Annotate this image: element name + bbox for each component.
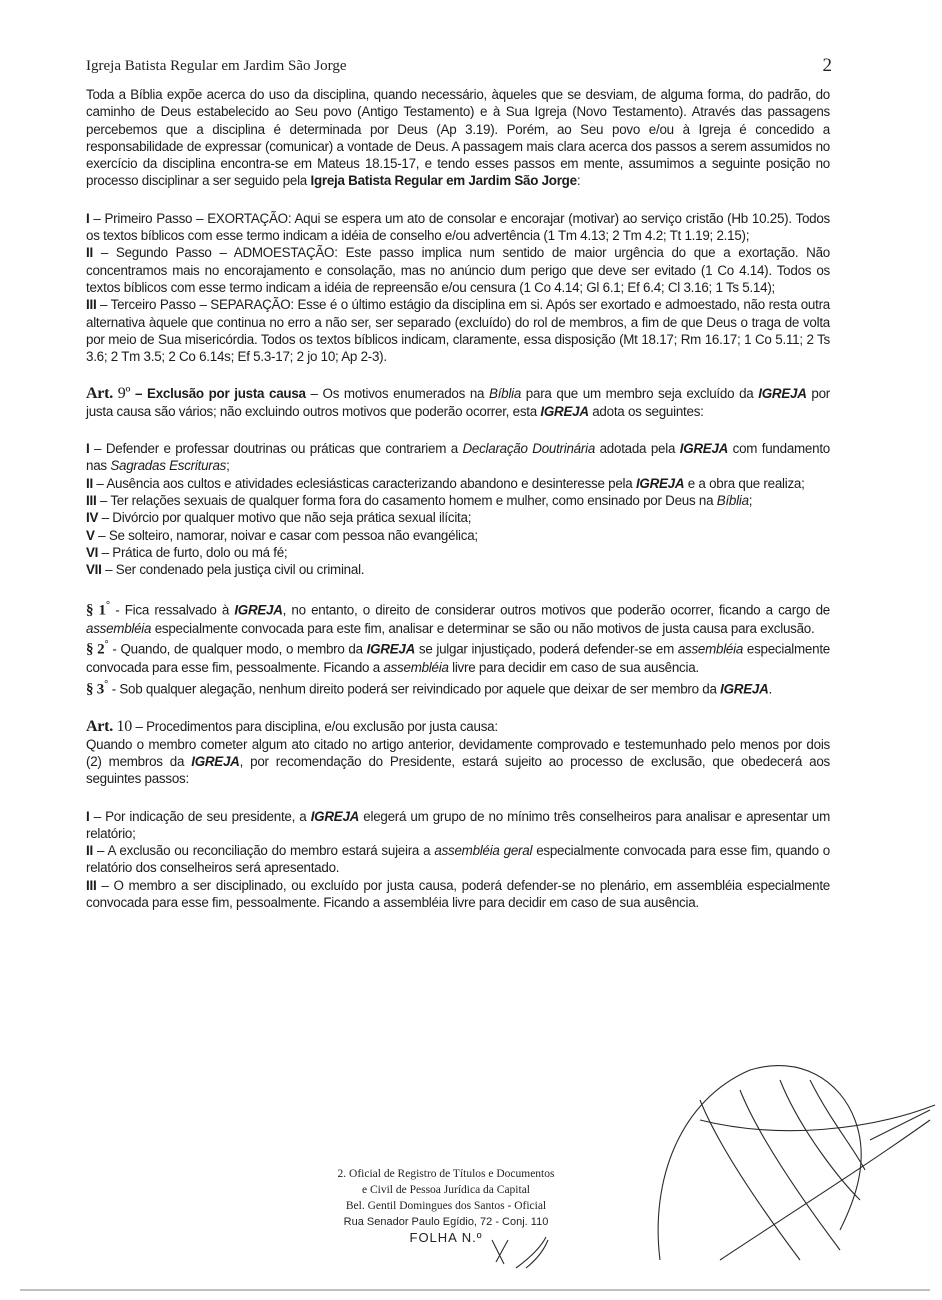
- page-number: 2: [823, 55, 833, 77]
- document-page: Igreja Batista Regular em Jardim São Jor…: [0, 0, 942, 1300]
- paragraph-1: § 1° - Fica ressalvado à IGREJA, no enta…: [86, 598, 830, 637]
- article-9-title: Exclusão por justa causa: [147, 386, 306, 401]
- discipline-steps: I – Primeiro Passo – EXORTAÇÃO: Aqui se …: [86, 210, 830, 366]
- list-item: I – Por indicação de seu presidente, a I…: [86, 808, 830, 843]
- list-item: IV – Divórcio por qualquer motivo que nã…: [86, 509, 830, 526]
- step-item: II – Segundo Passo – ADMOESTAÇÃO: Este p…: [86, 244, 830, 296]
- list-item: VII – Ser condenado pela justiça civil o…: [86, 561, 830, 578]
- step-item: III – Terceiro Passo – SEPARAÇÃO: Esse é…: [86, 296, 830, 365]
- stamp-scribble-icon: [396, 1232, 556, 1272]
- list-item: V – Se solteiro, namorar, noivar e casar…: [86, 527, 830, 544]
- handwritten-signature-icon: [640, 1060, 940, 1270]
- list-item: II – A exclusão ou reconciliação do memb…: [86, 842, 830, 877]
- page-bottom-edge: [20, 1289, 930, 1291]
- article-10-intro: Quando o membro cometer algum ato citado…: [86, 736, 830, 788]
- article-9-heading: Art. 9º – Exclusão por justa causa – Os …: [86, 385, 830, 420]
- list-item: VI – Prática de furto, dolo ou má fé;: [86, 544, 830, 561]
- article-9-list: I – Defender e professar doutrinas ou pr…: [86, 440, 830, 578]
- list-item: III – O membro a ser disciplinado, ou ex…: [86, 877, 830, 912]
- document-body: Toda a Bíblia expõe acerca do uso da dis…: [86, 86, 830, 911]
- intro-paragraph: Toda a Bíblia expõe acerca do uso da dis…: [86, 86, 830, 190]
- list-item: III – Ter relações sexuais de qualquer f…: [86, 492, 830, 509]
- church-name: Igreja Batista Regular em Jardim São Jor…: [310, 173, 576, 188]
- article-10-title: – Procedimentos para disciplina, e/ou ex…: [132, 719, 498, 734]
- paragraph-2: § 2° - Quando, de qualquer modo, o membr…: [86, 637, 830, 676]
- header-title: Igreja Batista Regular em Jardim São Jor…: [86, 58, 347, 74]
- list-item: II – Ausência aos cultos e atividades ec…: [86, 475, 830, 492]
- article-9-paragraphs: § 1° - Fica ressalvado à IGREJA, no enta…: [86, 598, 830, 698]
- page-header: Igreja Batista Regular em Jardim São Jor…: [86, 58, 832, 75]
- article-10-list: I – Por indicação de seu presidente, a I…: [86, 808, 830, 912]
- step-item: I – Primeiro Passo – EXORTAÇÃO: Aqui se …: [86, 210, 830, 245]
- list-item: I – Defender e professar doutrinas ou pr…: [86, 440, 830, 475]
- paragraph-3: § 3° - Sob qualquer alegação, nenhum dir…: [86, 677, 830, 699]
- article-10-heading: Art. 10 – Procedimentos para disciplina,…: [86, 718, 830, 735]
